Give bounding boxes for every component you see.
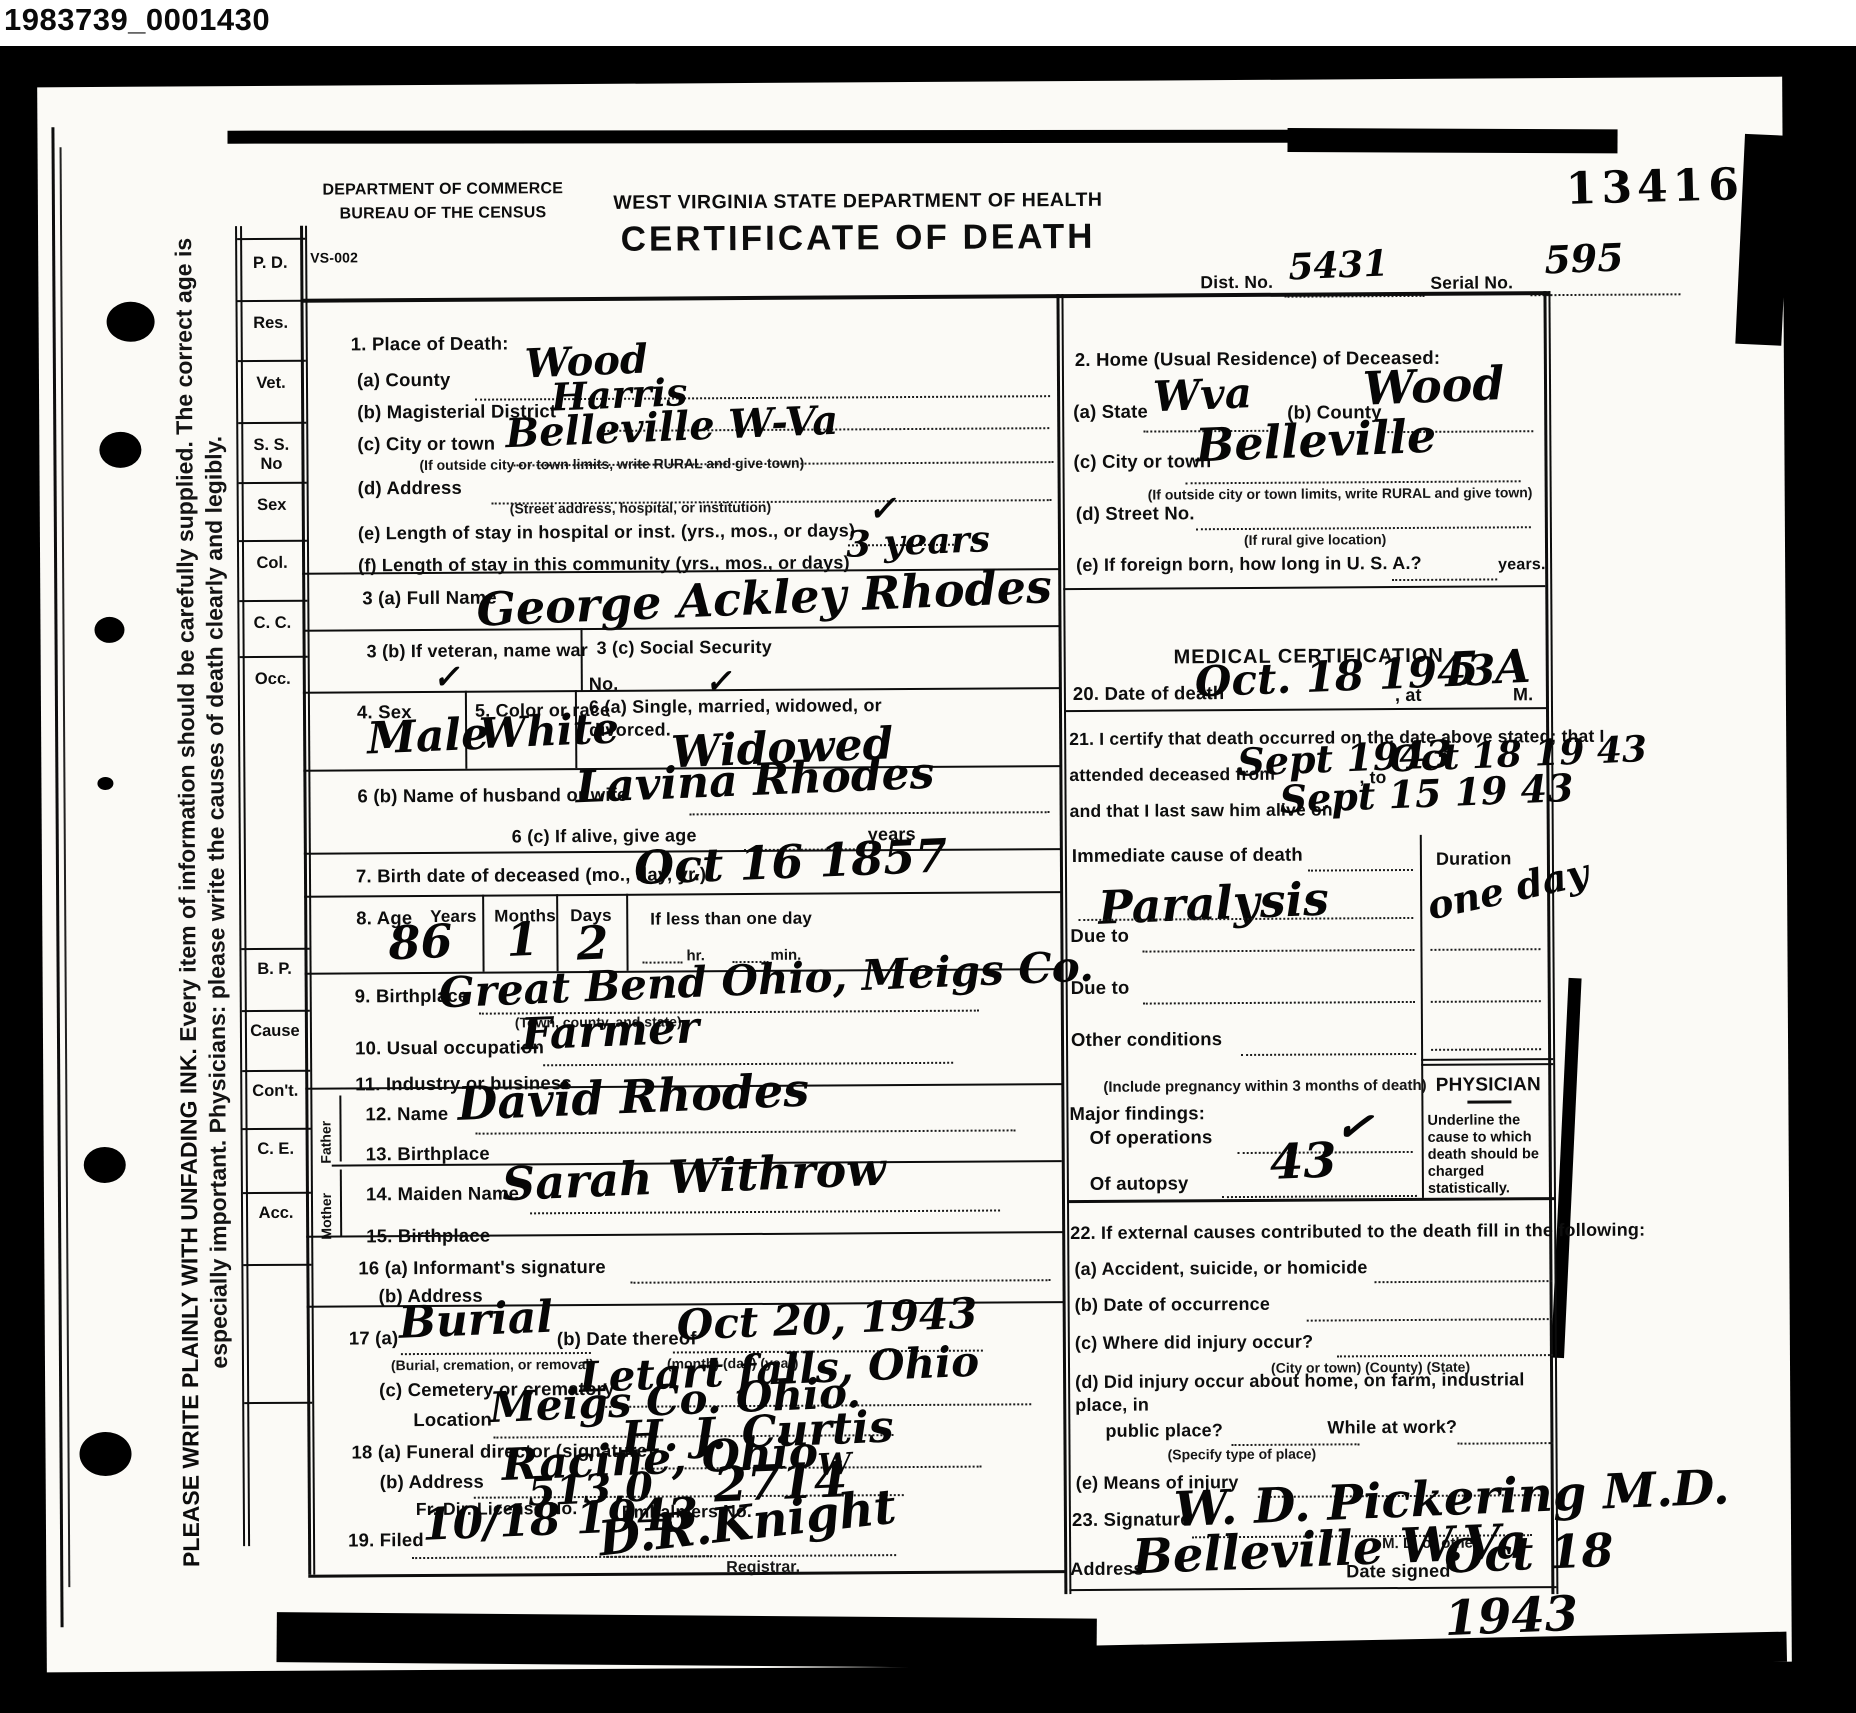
social-security-value: ✓ [704,665,732,698]
date-of-death-at-label: , at [1395,685,1422,706]
informant-signature-line [630,1279,1050,1284]
street-no-line [1196,526,1531,530]
scan-artifact [276,1612,1096,1668]
stub-separator [238,422,306,424]
occupation-label: 10. Usual occupation [355,1036,544,1059]
due-to-2-line [1143,1001,1415,1005]
due-to-2-label: Due to [1071,977,1130,999]
social-security-label: 3 (c) Social Security [597,637,772,659]
veteran-war-label: 3 (b) If veteran, name war [367,640,588,662]
margin-line2-text: especially important. Physicians: please… [200,436,232,1369]
stub-separator [239,600,307,602]
punch-hole [99,432,141,468]
stub-label-pd: P. D. [239,254,301,273]
foreign-born-years: years. [1498,556,1546,574]
duration-cell-line [1431,1048,1541,1051]
margin-rest-text: Every item of information should be care… [170,238,201,1048]
registrar-signature-line [606,1554,896,1558]
stub-label-cc: C. C. [241,614,303,633]
while-at-work-line [1457,1442,1553,1445]
stub-label-bp: B. P. [244,960,306,979]
stub-separator [241,948,309,950]
date-thereof-label: (b) Date thereof [557,1327,697,1350]
home-state-label: (a) State [1073,401,1148,423]
physician-note: Underline the cause to which death shoul… [1427,1112,1552,1198]
city-or-town-value: Belleville W-Va [505,401,839,455]
file-id: 1983739_0001430 [4,2,270,38]
injury-about-home-label: (d) Did injury occur about home, on farm… [1075,1368,1557,1418]
punch-hole [106,302,154,342]
stub-label-res: Res. [240,314,302,333]
informant-signature-label: 16 (a) Informant's signature [358,1256,606,1280]
top-strip: 1983739_0001430 [0,0,1856,46]
city-rural-note: (If outside city or town limits, write R… [419,455,804,473]
of-autopsy-label: Of autopsy [1090,1172,1189,1195]
home-city-value: Belleville [1195,413,1437,469]
specify-place-note: (Specify type of place) [1167,1446,1316,1463]
cemetery-location-label: Location [413,1409,492,1431]
street-no-label: (d) Street No. [1076,502,1195,525]
mother-label: Mother [318,1193,334,1240]
where-injury-label: (c) Where did injury occur? [1075,1332,1314,1354]
address-note: (Street address, hospital, or institutio… [510,499,771,517]
dept-commerce-line: DEPARTMENT OF COMMERCE [288,180,598,200]
hospital-stay-label: (e) Length of stay in hospital or inst. … [358,520,855,544]
last-saw-alive-value: Sept 15 19 43 [1279,769,1574,819]
serial-no-line [1530,293,1680,296]
home-state-value: Wva [1152,372,1252,418]
cell-divider [556,894,558,971]
stub-separator [239,482,307,484]
duration-cell-line [1431,1000,1541,1003]
stub-separator [243,1192,311,1194]
burial-note: (Burial, cremation, or removal) [391,1356,594,1373]
physician-box-line [1421,1063,1553,1066]
scan-artifact [1735,134,1791,346]
dist-no-label: Dist. No. [1200,272,1273,293]
city-or-town-label: (c) City or town [357,433,495,456]
stub-label-cause: Cause [244,1022,306,1041]
date-occurrence-line [1307,1318,1553,1322]
cell-divider [626,894,628,971]
father-birthplace-label: 13. Birthplace [366,1143,490,1166]
medical-section-bottom-line [1067,1197,1554,1203]
section-line [1063,585,1545,590]
spouse-name-value: Lavina Rhodes [575,752,935,811]
date-occurrence-label: (b) Date of occurrence [1075,1294,1271,1316]
cell-divider [580,628,582,691]
stub-separator [242,1010,310,1012]
mother-maiden-name-line [530,1209,1000,1214]
external-causes-title: 22. If external causes contributed to th… [1070,1220,1645,1245]
home-county-value: Wood [1362,360,1505,412]
sex-value: Male [366,712,490,761]
foreign-born-line [1392,578,1497,581]
burial-value: Burial [398,1296,554,1346]
stub-label-vet: Vet. [240,374,302,393]
stub-separator [238,360,306,362]
date-signed-label: Date signed [1346,1561,1450,1583]
age-years-value: 86 [387,918,453,967]
county-label: (a) County [357,369,451,392]
father-name-label: 12. Name [365,1103,448,1126]
other-conditions-line [1241,1053,1416,1056]
mother-bracket [340,1170,342,1236]
spouse-name-line [690,811,1050,815]
scanned-page: 1983739_0001430 PLEASE WRITE PLAINLY WIT… [0,0,1856,1713]
stub-label-cont: Con't. [244,1082,306,1101]
stub-label-ssno: S. S. No [240,436,302,474]
place-of-death-title: 1. Place of Death: [351,332,509,355]
margin-bold-text: PLEASE WRITE PLAINLY WITH UNFADING INK. [175,1048,204,1567]
age-months-value: 1 [505,916,539,963]
physician-title: PHYSICIAN [1423,1074,1553,1097]
color-race-value: White [478,707,619,755]
physician-title-underline [1467,1100,1511,1103]
stub-separator [243,1128,311,1130]
bureau-census-line: BUREAU OF THE CENSUS [288,204,598,224]
scan-artifact [1287,128,1617,153]
occupation-value: Farmer [520,1006,700,1057]
of-operations-label: Of operations [1090,1126,1213,1149]
stub-separator [237,300,305,302]
home-city-rural-note: (If outside city or town limits, write R… [1148,484,1533,502]
stub-label-ce: C. E. [245,1140,307,1159]
immediate-cause-label: Immediate cause of death [1072,844,1303,867]
stub-separator [243,1264,311,1266]
punch-hole [79,1432,131,1476]
stub-label-acc: Acc. [245,1204,307,1223]
serial-no-value: 595 [1544,238,1625,279]
home-city-label: (c) City or town [1073,450,1211,473]
where-injury-line [1337,1354,1553,1357]
certificate-stamp-number: 13416 [1565,163,1744,212]
while-at-work-label: While at work? [1327,1417,1457,1439]
father-name-line [476,1129,1016,1134]
stub-label-occ: Occ. [242,670,304,689]
stub-separator [239,540,307,542]
birth-date-value: Oct 16 1857 [633,832,948,891]
time-of-death-m-label: M. [1513,684,1534,705]
punch-hole [84,1147,126,1183]
father-bracket [339,1096,341,1162]
veteran-war-value: ✓ [432,660,460,693]
burial-label: 17 (a) [349,1327,399,1349]
state-health-line: WEST VIRGINIA STATE DEPARTMENT OF HEALTH [578,189,1138,215]
funeral-director-address-label: (b) Address [380,1471,484,1494]
public-place-label: public place? [1105,1420,1223,1442]
date-signed-year-value: 1943 [1444,1590,1579,1643]
father-name-value: David Rhodes [457,1067,810,1127]
major-findings-label: Major findings: [1069,1102,1205,1125]
certificate-title: CERTIFICATE OF DEATH [558,217,1158,261]
mother-maiden-name-value: Sarah Withrow [501,1145,887,1207]
street-no-note: (If rural give location) [1244,531,1386,548]
other-conditions-label: Other conditions [1071,1028,1222,1051]
due-to-1-label: Due to [1070,925,1129,947]
foreign-born-label: (e) If foreign born, how long in U. S. A… [1076,553,1422,576]
community-stay-value: 3 years [845,521,990,563]
section-line [1064,707,1546,712]
punch-hole [97,777,113,790]
dist-no-value: 5431 [1288,245,1390,285]
section-line [303,687,1061,694]
father-label: Father [317,1121,333,1164]
accident-suicide-line [1374,1280,1552,1283]
cell-divider [482,895,484,972]
stub-label-col: Col. [241,554,303,573]
stub-separator [240,656,308,658]
address-label: (d) Address [358,477,462,500]
form-number: VS-002 [310,249,358,265]
stub-separator [242,1070,310,1072]
embalmers-no-extra: W [817,1450,852,1481]
of-autopsy-value: 43 [1269,1136,1338,1187]
duration-cell-line [1430,948,1540,951]
immediate-cause-value: Paralysis [1097,875,1329,930]
filed-label: 19. Filed [348,1529,424,1551]
less-than-one-day-label: If less than one day [650,909,812,930]
of-operations-value: ✓ [1333,1103,1375,1152]
left-column-bottom-line [308,1570,1066,1578]
accident-suicide-label: (a) Accident, suicide, or homicide [1074,1257,1367,1280]
date-signed-value: Oct 18 [1443,1527,1614,1580]
stub-label-sex: Sex [241,496,303,515]
stub-separator [244,1402,312,1404]
due-to-1-line [1142,949,1414,953]
punch-hole [94,617,124,643]
burial-line [401,1352,591,1355]
death-certificate: PLEASE WRITE PLAINLY WITH UNFADING INK. … [37,77,1792,1673]
age-days-value: 2 [575,919,609,966]
stub-separator [237,238,305,240]
pregnancy-note: (Include pregnancy within 3 months of de… [1103,1077,1426,1096]
physician-box-line [1421,1058,1553,1061]
scan-artifact [1067,1632,1787,1676]
mother-maiden-name-label: 14. Maiden Name [366,1182,519,1205]
